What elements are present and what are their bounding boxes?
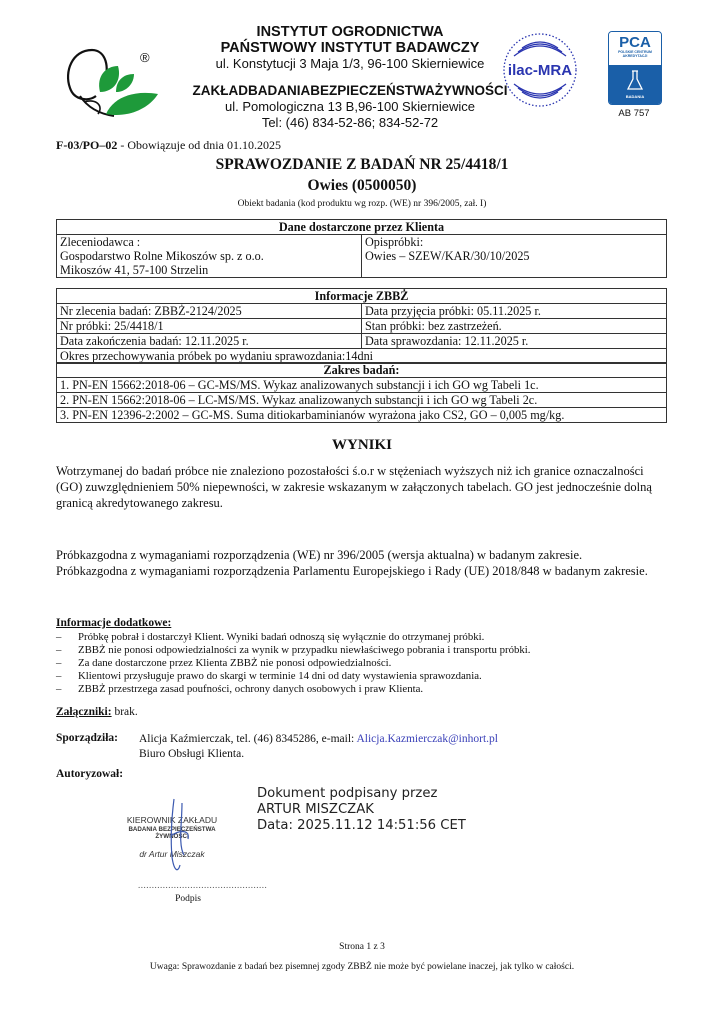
list-item: –Klientowi przysługuje prawo do skargi w…	[56, 670, 676, 683]
institute-line2: PAŃSTWOWY INSTYTUT BADAWCZY	[180, 40, 520, 56]
conformity-statements: Próbkazgodna z wymaganiami rozporządzeni…	[56, 547, 668, 579]
svg-text:ilac-MRA: ilac-MRA	[508, 62, 572, 79]
table-row: Data zakończenia badań: 12.11.2025 r.Dat…	[57, 334, 667, 349]
conformity-ue: Próbkazgodna z wymaganiami rozporządzeni…	[56, 563, 668, 579]
sample-description-cell: Opispróbki: Owies – SZEW/KAR/30/10/2025	[362, 235, 667, 278]
department-block: ZAKŁADBADANIABEZPIECZEŃSTWAŻYWNOŚCI ul. …	[180, 83, 520, 131]
department-address: ul. Pomologiczna 13 B,96-100 Skierniewic…	[180, 99, 520, 115]
zbbz-info-table: Informacje ZBBŻ Nr zlecenia badań: ZBBŻ-…	[56, 288, 667, 364]
electronic-signature: Dokument podpisany przez ARTUR MISZCZAK …	[257, 786, 466, 834]
results-paragraph: Wotrzymanej do badań próbce nie znalezio…	[56, 463, 668, 511]
list-item: –Za dane dostarczone przez Klienta ZBBŻ …	[56, 657, 676, 670]
test-scope-table: Zakres badań: 1. PN-EN 15662:2018-06 – G…	[56, 362, 667, 423]
attachments-line: Załączniki: brak.	[56, 706, 138, 718]
institute-logo: ®	[62, 42, 162, 122]
table-row: 3. PN-EN 12396-2:2002 – GC-MS. Suma diti…	[57, 408, 667, 423]
client-data-table: Dane dostarczone przez Klienta Zleceniod…	[56, 219, 667, 278]
department-name: ZAKŁADBADANIABEZPIECZEŃSTWAŻYWNOŚCI	[180, 83, 520, 99]
ilac-mra-icon: ilac-MRA	[500, 30, 580, 110]
pca-category: BADANIA	[609, 94, 661, 99]
table-row: Nr próbki: 25/4418/1Stan próbki: bez zas…	[57, 319, 667, 334]
footer-note: Uwaga: Sprawozdanie z badań bez pisemnej…	[0, 962, 724, 972]
signature-label: Podpis	[138, 894, 238, 904]
form-valid-from: - Obowiązuje od dnia 01.10.2025	[117, 138, 281, 152]
additional-info-list: –Próbkę pobrał i dostarczył Klient. Wyni…	[56, 631, 676, 696]
institute-name: INSTYTUT OGRODNICTWA PAŃSTWOWY INSTYTUT …	[180, 24, 520, 72]
pca-accreditation-logo: PCA POLSKIE CENTRUM AKREDYTACJI BADANIA	[608, 31, 662, 105]
attachments-label: Załączniki:	[56, 706, 112, 718]
client-table-header: Dane dostarczone przez Klienta	[57, 220, 667, 235]
list-item: –ZBBŻ przestrzega zasad poufności, ochro…	[56, 683, 676, 696]
director-stamp: KIEROWNIK ZAKŁADU BADANIA BEZPIECZEŃSTWA…	[112, 795, 232, 875]
form-code-line: F-03/PO–02 - Obowiązuje od dnia 01.10.20…	[56, 138, 281, 153]
page-number: Strona 1 z 3	[0, 942, 724, 952]
institute-address: ul. Konstytucji 3 Maja 1/3, 96-100 Skier…	[180, 56, 520, 72]
object-note: Obiekt badania (kod produktu wg rozp. (W…	[0, 199, 724, 209]
list-item: –Próbkę pobrał i dostarczył Klient. Wyni…	[56, 631, 676, 644]
table-row: Nr zlecenia badań: ZBBŻ-2124/2025Data pr…	[57, 304, 667, 319]
handwritten-signature-icon	[112, 795, 232, 875]
info-table-header: Informacje ZBBŻ	[57, 289, 667, 304]
form-code: F-03/PO–02	[56, 138, 117, 152]
table-row: 2. PN-EN 15662:2018-06 – LC-MS/MS. Wykaz…	[57, 393, 667, 408]
conformity-we: Próbkazgodna z wymaganiami rozporządzeni…	[56, 547, 668, 563]
flask-icon	[625, 69, 645, 93]
pca-title: PCA	[609, 32, 661, 50]
accreditation-number: AB 757	[604, 108, 664, 119]
client-cell: Zleceniodawca : Gospodarstwo Rolne Mikos…	[57, 235, 362, 278]
additional-info-heading: Informacje dodatkowe:	[56, 617, 171, 629]
table-row: 1. PN-EN 15662:2018-06 – GC-MS/MS. Wykaz…	[57, 378, 667, 393]
prepared-by-label: Sporządziła:	[56, 732, 118, 744]
scope-table-header: Zakres badań:	[57, 363, 667, 378]
signature-line: ........................................…	[138, 880, 267, 890]
prepared-by-details: Alicja Kaźmierczak, tel. (46) 8345286, e…	[139, 732, 498, 762]
registered-mark: ®	[140, 50, 150, 65]
department-phone: Tel: (46) 834-52-86; 834-52-72	[180, 115, 520, 131]
prepared-by-unit: Biuro Obsługi Klienta.	[139, 747, 498, 762]
list-item: –ZBBŻ nie ponosi odpowiedzialności za wy…	[56, 644, 676, 657]
attachments-value: brak.	[112, 706, 138, 718]
report-title: SPRAWOZDANIE Z BADAŃ NR 25/4418/1	[0, 156, 724, 174]
results-heading: WYNIKI	[0, 437, 724, 454]
authorized-label: Autoryzował:	[56, 768, 123, 780]
email-link[interactable]: Alicja.Kazmierczak@inhort.pl	[356, 733, 498, 745]
ilac-mra-logo: ilac-MRA	[500, 30, 580, 110]
institute-line1: INSTYTUT OGRODNICTWA	[180, 24, 520, 40]
product-name: Owies (0500050)	[0, 177, 724, 195]
